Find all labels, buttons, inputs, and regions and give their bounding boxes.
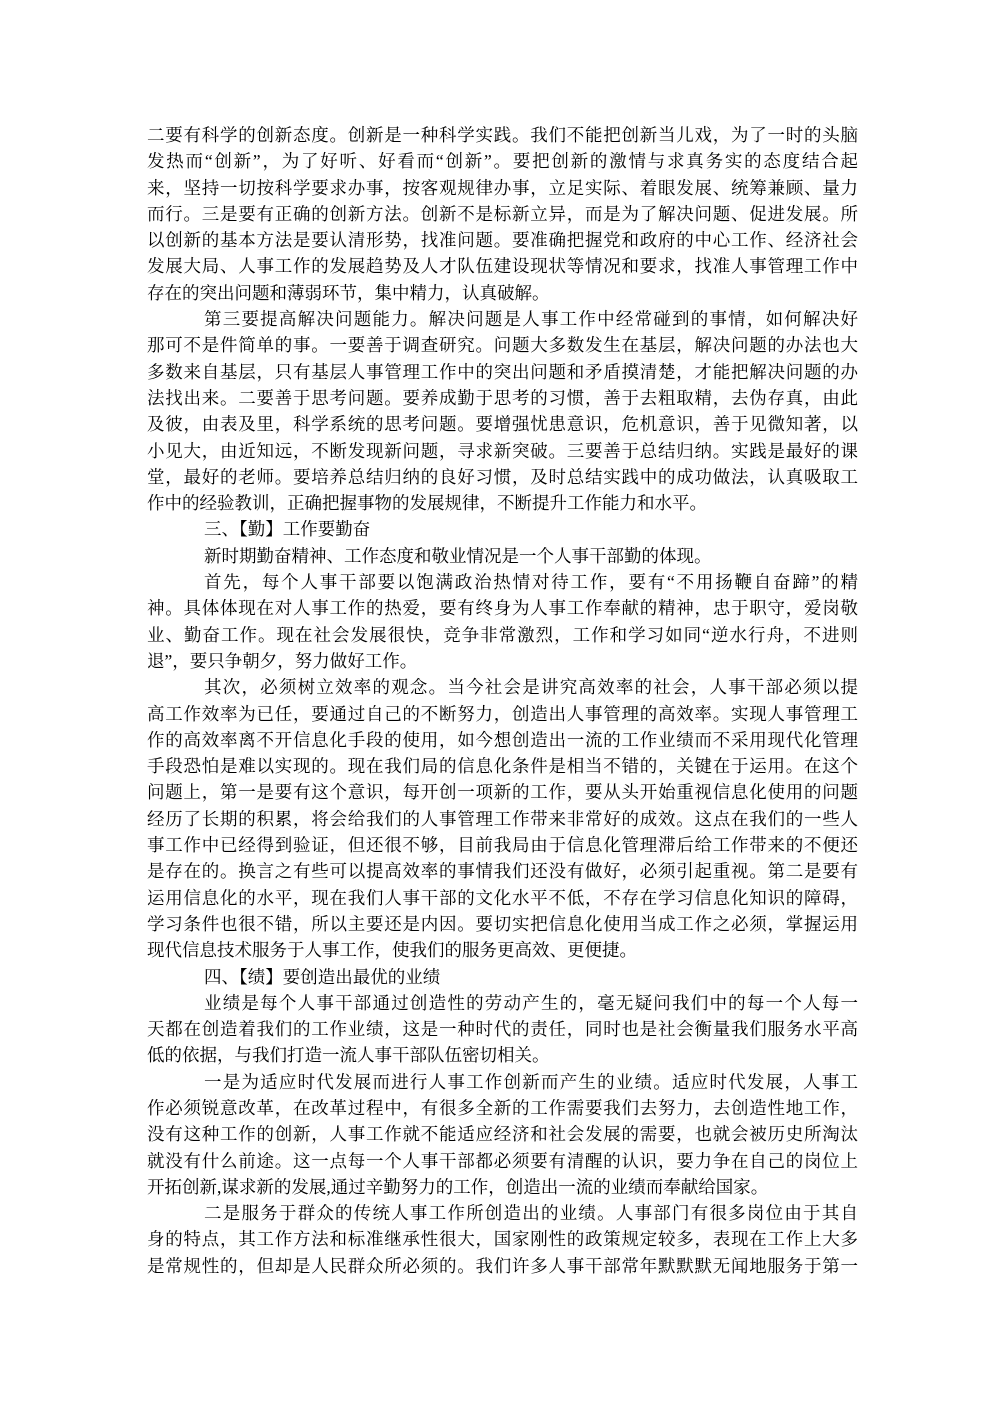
text-line: 高工作效率为已任，要通过自己的不断努力，创造出人事管理的高效率。实现人事管理工	[147, 701, 858, 727]
text-line: 一是为适应时代发展而进行人事工作创新而产生的业绩。适应时代发展，人事工	[147, 1069, 858, 1095]
text-line: 来，坚持一切按科学要求办事，按客观规律办事，立足实际、着眼发展、统筹兼顾、量力	[147, 175, 858, 201]
text-line: 小见大，由近知远，不断发现新问题，寻求新突破。三要善于总结归纳。实践是最好的课	[147, 438, 858, 464]
text-line: 事工作中已经得到验证，但还很不够，目前我局由于信息化管理滞后给工作带来的不便还	[147, 832, 858, 858]
text-line: 是常规性的，但却是人民群众所必须的。我们许多人事干部常年默默默无闻地服务于第一	[147, 1253, 858, 1279]
text-line: 学习条件也很不错，所以主要还是内因。要切实把信息化使用当成工作之必须，掌握运用	[147, 911, 858, 937]
text-line: 存在的突出问题和薄弱环节，集中精力，认真破解。	[147, 280, 858, 306]
text-line: 作中的经验教训，正确把握事物的发展规律，不断提升工作能力和水平。	[147, 490, 858, 516]
text-line: 天都在创造着我们的工作业绩，这是一种时代的责任，同时也是社会衡量我们服务水平高	[147, 1016, 858, 1042]
text-line: 堂，最好的老师。要培养总结归纳的良好习惯，及时总结实践中的成功做法，认真吸取工	[147, 464, 858, 490]
text-line: 是存在的。换言之有些可以提高效率的事情我们还没有做好，必须引起重视。第二是要有	[147, 858, 858, 884]
text-line: 开拓创新,谋求新的发展,通过辛勤努力的工作，创造出一流的业绩而奉献给国家。	[147, 1174, 858, 1200]
text-line: 四、【绩】要创造出最优的业绩	[147, 964, 858, 990]
document-page: 二要有科学的创新态度。创新是一种科学实践。我们不能把创新当儿戏，为了一时的头脑发…	[0, 0, 1000, 1415]
text-line: 现代信息技术服务于人事工作，使我们的服务更高效、更便捷。	[147, 937, 858, 963]
text-line: 退”，要只争朝夕，努力做好工作。	[147, 648, 858, 674]
text-line: 发展大局、人事工作的发展趋势及人才队伍建设现状等情况和要求，找准人事管理工作中	[147, 253, 858, 279]
text-line: 法找出来。二要善于思考问题。要养成勤于思考的习惯，善于去粗取精，去伪存真，由此	[147, 385, 858, 411]
text-line: 多数来自基层，只有基层人事管理工作中的突出问题和矛盾摸清楚，才能把解决问题的办	[147, 359, 858, 385]
text-line: 发热而“创新”，为了好听、好看而“创新”。要把创新的激情与求真务实的态度结合起	[147, 148, 858, 174]
text-line: 经历了长期的积累，将会给我们的人事管理工作带来非常好的成效。这点在我们的一些人	[147, 806, 858, 832]
text-line: 问题上，第一是要有这个意识，每开创一项新的工作，要从头开始重视信息化使用的问题	[147, 779, 858, 805]
text-line: 身的特点，其工作方法和标准继承性很大，国家刚性的政策规定较多，表现在工作上大多	[147, 1226, 858, 1252]
text-line: 没有这种工作的创新，人事工作就不能适应经济和社会发展的需要，也就会被历史所淘汰	[147, 1121, 858, 1147]
text-line: 就没有什么前途。这一点每一个人事干部都必须要有清醒的认识，要力争在自己的岗位上	[147, 1148, 858, 1174]
text-line: 业、勤奋工作。现在社会发展很快，竞争非常激烈，工作和学习如同“逆水行舟，不进则	[147, 622, 858, 648]
document-body: 二要有科学的创新态度。创新是一种科学实践。我们不能把创新当儿戏，为了一时的头脑发…	[147, 122, 858, 1279]
text-line: 作必须锐意改革，在改革过程中，有很多全新的工作需要我们去努力，去创造性地工作，	[147, 1095, 858, 1121]
text-line: 那可不是件简单的事。一要善于调查研究。问题大多数发生在基层，解决问题的办法也大	[147, 332, 858, 358]
text-line: 低的依据，与我们打造一流人事干部队伍密切相关。	[147, 1042, 858, 1068]
text-line: 手段恐怕是难以实现的。现在我们局的信息化条件是相当不错的，关键在于运用。在这个	[147, 753, 858, 779]
text-line: 神。具体体现在对人事工作的热爱，要有终身为人事工作奉献的精神，忠于职守，爱岗敬	[147, 595, 858, 621]
text-line: 首先，每个人事干部要以饱满政治热情对待工作，要有“不用扬鞭自奋蹄”的精	[147, 569, 858, 595]
text-line: 其次，必须树立效率的观念。当今社会是讲究高效率的社会，人事干部必须以提	[147, 674, 858, 700]
text-line: 而行。三是要有正确的创新方法。创新不是标新立异，而是为了解决问题、促进发展。所	[147, 201, 858, 227]
text-line: 作的高效率离不开信息化手段的使用，如今想创造出一流的工作业绩而不采用现代化管理	[147, 727, 858, 753]
text-line: 业绩是每个人事干部通过创造性的劳动产生的，毫无疑问我们中的每一个人每一	[147, 990, 858, 1016]
text-line: 以创新的基本方法是要认清形势，找准问题。要准确把握党和政府的中心工作、经济社会	[147, 227, 858, 253]
text-line: 运用信息化的水平，现在我们人事干部的文化水平不低，不存在学习信息化知识的障碍，	[147, 885, 858, 911]
text-line: 二是服务于群众的传统人事工作所创造出的业绩。人事部门有很多岗位由于其自	[147, 1200, 858, 1226]
text-line: 新时期勤奋精神、工作态度和敬业情况是一个人事干部勤的体现。	[147, 543, 858, 569]
text-line: 三、【勤】工作要勤奋	[147, 516, 858, 542]
text-line: 及彼，由表及里，科学系统的思考问题。要增强忧患意识，危机意识，善于见微知著，以	[147, 411, 858, 437]
text-line: 二要有科学的创新态度。创新是一种科学实践。我们不能把创新当儿戏，为了一时的头脑	[147, 122, 858, 148]
text-line: 第三要提高解决问题能力。解决问题是人事工作中经常碰到的事情，如何解决好	[147, 306, 858, 332]
